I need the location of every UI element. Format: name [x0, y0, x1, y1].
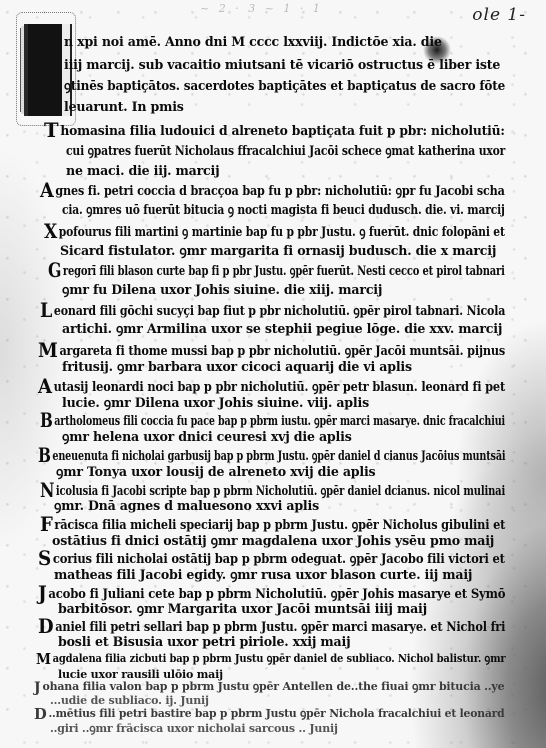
header-line-1: n xpi noi amē. Anno dni M cccc lxxviij. …: [64, 36, 442, 49]
entry-text: homasina filia ludouici d alreneto bapti…: [60, 123, 504, 138]
entry-2-line-2: cia. ꝯmres uō fuerūt bitucia ꝯ nocti mag…: [62, 204, 505, 217]
entry-13-line-1: Jacobo fi Juliani cete bap p pbrm Nichol…: [38, 583, 505, 603]
entry-16-line-2: ...udie de subliaco. ij. Junij: [50, 695, 209, 706]
header-line-2: iiij marcij. sub vacaitio miutsani tē vi…: [64, 59, 500, 72]
entry-10-line-2: ꝯmr. Dnā agnes d maluesono xxvi aplis: [54, 500, 319, 513]
entry-17-line-2: ..giri ..ꝯmr frācisca uxor nicholai sarc…: [50, 723, 338, 734]
entry-text: pofourus fili martini ꝯ martinie bap fu …: [59, 224, 505, 239]
entry-text: gnes fi. petri coccia d bracçoa bap fu p…: [55, 183, 504, 198]
entry-text: ..mētius fili petri bastire bap p pbrm J…: [49, 707, 505, 720]
manuscript-page: ~ 2 · 3 ~ 1 · 1 ole 1- n xpi noi amē. An…: [0, 0, 546, 748]
entry-capital: L: [40, 298, 52, 322]
entry-12-line-1: Scorius fili nicholai ostātij bap p pbrm…: [38, 548, 505, 568]
entry-6-line-1: Margareta fi thome mussi bap p pbr nicho…: [38, 340, 505, 360]
header-line-4: leuarunt. In pmis: [64, 101, 184, 114]
entry-capital: A: [38, 374, 52, 398]
entry-8-line-2: ꝯmr helena uxor dnici ceuresi xvj die ap…: [62, 431, 352, 444]
entry-capital: G: [48, 258, 61, 282]
entry-3-line-2: Sicard fistulator. ꝯmr margarita fi orna…: [60, 245, 496, 258]
entry-5-line-1: Leonard fili gōchi sucyçi bap fiut p pbr…: [40, 300, 505, 320]
entry-text: ohana filia valon bap p pbrm Justu ꝯpēr …: [42, 680, 504, 693]
entry-capital: M: [38, 338, 58, 362]
entry-text: artholomeus fili coccia fu pace bap p pb…: [54, 413, 505, 428]
entry-9-line-1: Beneuenuta fi nicholai garbusij bap p pb…: [38, 445, 505, 465]
entry-10-line-1: Nicolusia fi Jacobi scripte bap p pbrm N…: [40, 480, 505, 500]
entry-1-line-2: cui ꝯpatres fuerūt Nicholaus ffracalchiu…: [66, 145, 505, 158]
entry-capital: J: [38, 581, 47, 605]
entry-capital: N: [40, 478, 54, 502]
entry-6-line-2: fritusij. ꝯmr barbara uxor cicoci aquari…: [62, 361, 412, 374]
entry-9-line-2: ꝯmr Tonya uxor lousij de alreneto xvij d…: [56, 466, 375, 479]
entry-text: argareta fi thome mussi bap p pbr nichol…: [59, 343, 505, 358]
entry-text: regorī fili blason curte bap fi p pbr Ju…: [63, 263, 505, 278]
entry-17-line-1: D..mētius fili petri bastire bap p pbrm …: [34, 707, 504, 722]
entry-13-line-2: barbitōsor. ꝯmr Margarita uxor Jacōi mun…: [58, 603, 427, 616]
entry-capital: J: [34, 680, 40, 696]
entry-1-line-1: Thomasina filia ludouici d alreneto bapt…: [44, 120, 505, 140]
entry-16-line-1: Johana filia valon bap p pbrm Justu ꝯpēr…: [34, 681, 504, 695]
header-line-3: ꝯtinēs baptiçātos. sacerdotes baptiçātes…: [64, 80, 505, 93]
entry-15-line-1: Magdalena filia zicbuti bap p pbrm Justu…: [36, 652, 505, 667]
entry-capital: X: [44, 219, 57, 243]
entry-text: agdalena filia zicbuti bap p pbrm Justu …: [53, 652, 506, 665]
entry-text: eneuenuta fi nicholai garbusij bap p pbr…: [52, 448, 505, 463]
entry-14-line-2: bosli et Bisusia uxor petri piriole. xxi…: [58, 636, 350, 649]
entry-7-line-2: lucie. ꝯmr Dilena uxor Johis siuine. vii…: [62, 397, 369, 410]
entry-15-line-2: lucie uxor rausili ulōio maij: [58, 669, 223, 680]
entry-text: rācisca filia micheli speciarij bap p pb…: [54, 517, 505, 532]
entry-12-line-2: matheas fili Jacobi egidy. ꝯmr rusa uxor…: [54, 569, 472, 582]
entry-11-line-1: Frācisca filia micheli speciarij bap p p…: [40, 514, 505, 534]
pencil-marks: ~ 2 · 3 ~ 1 · 1: [200, 2, 323, 15]
entry-8-line-1: Bartholomeus fili coccia fu pace bap p p…: [40, 410, 505, 430]
entry-capital: B: [38, 443, 51, 467]
entry-text: icolusia fi Jacobi scripte bap p pbrm Ni…: [56, 483, 505, 498]
entry-text: corius fili nicholai ostātij bap p pbrm …: [53, 551, 505, 566]
entry-5-line-2: artichi. ꝯmr Armilina uxor se stephii pe…: [62, 323, 502, 336]
entry-capital: B: [40, 408, 53, 432]
entry-3-line-1: Xpofourus fili martini ꝯ martinie bap fu…: [44, 221, 505, 241]
entry-1-line-3: ne maci. die iij. marcij: [66, 165, 219, 178]
entry-capital: A: [40, 178, 54, 202]
entry-4-line-1: Gregorī fili blason curte bap fi p pbr J…: [48, 260, 505, 280]
entry-4-line-2: ꝯmr fu Dilena uxor Johis siuine. die xii…: [62, 284, 382, 297]
entry-text: aniel fili petri sellari bap p pbrm Just…: [55, 619, 505, 634]
entry-capital: T: [44, 118, 58, 142]
entry-7-line-1: Autasij leonardi noci bap p pbr nicholut…: [38, 376, 505, 396]
entry-11-line-2: ostātius fi dnici ostātij ꝯmr magdalena …: [52, 535, 494, 548]
illuminated-initial-i: [24, 24, 62, 116]
entry-2-line-1: Agnes fi. petri coccia d bracçoa bap fu …: [40, 180, 505, 200]
entry-text: eonard fili gōchi sucyçi bap fiut p pbr …: [54, 303, 505, 318]
entry-capital: D: [38, 614, 53, 638]
folio-number: ole 1-: [472, 5, 526, 25]
entry-text: utasij leonardi noci bap p pbr nicholuti…: [54, 379, 505, 394]
entry-capital: S: [38, 546, 51, 570]
entry-capital: D: [34, 705, 47, 723]
entry-capital: M: [36, 650, 51, 668]
entry-14-line-1: Daniel fili petri sellari bap p pbrm Jus…: [38, 616, 505, 636]
entry-capital: F: [40, 512, 53, 536]
entry-text: acobo fi Juliani cete bap p pbrm Nicholu…: [48, 586, 505, 601]
